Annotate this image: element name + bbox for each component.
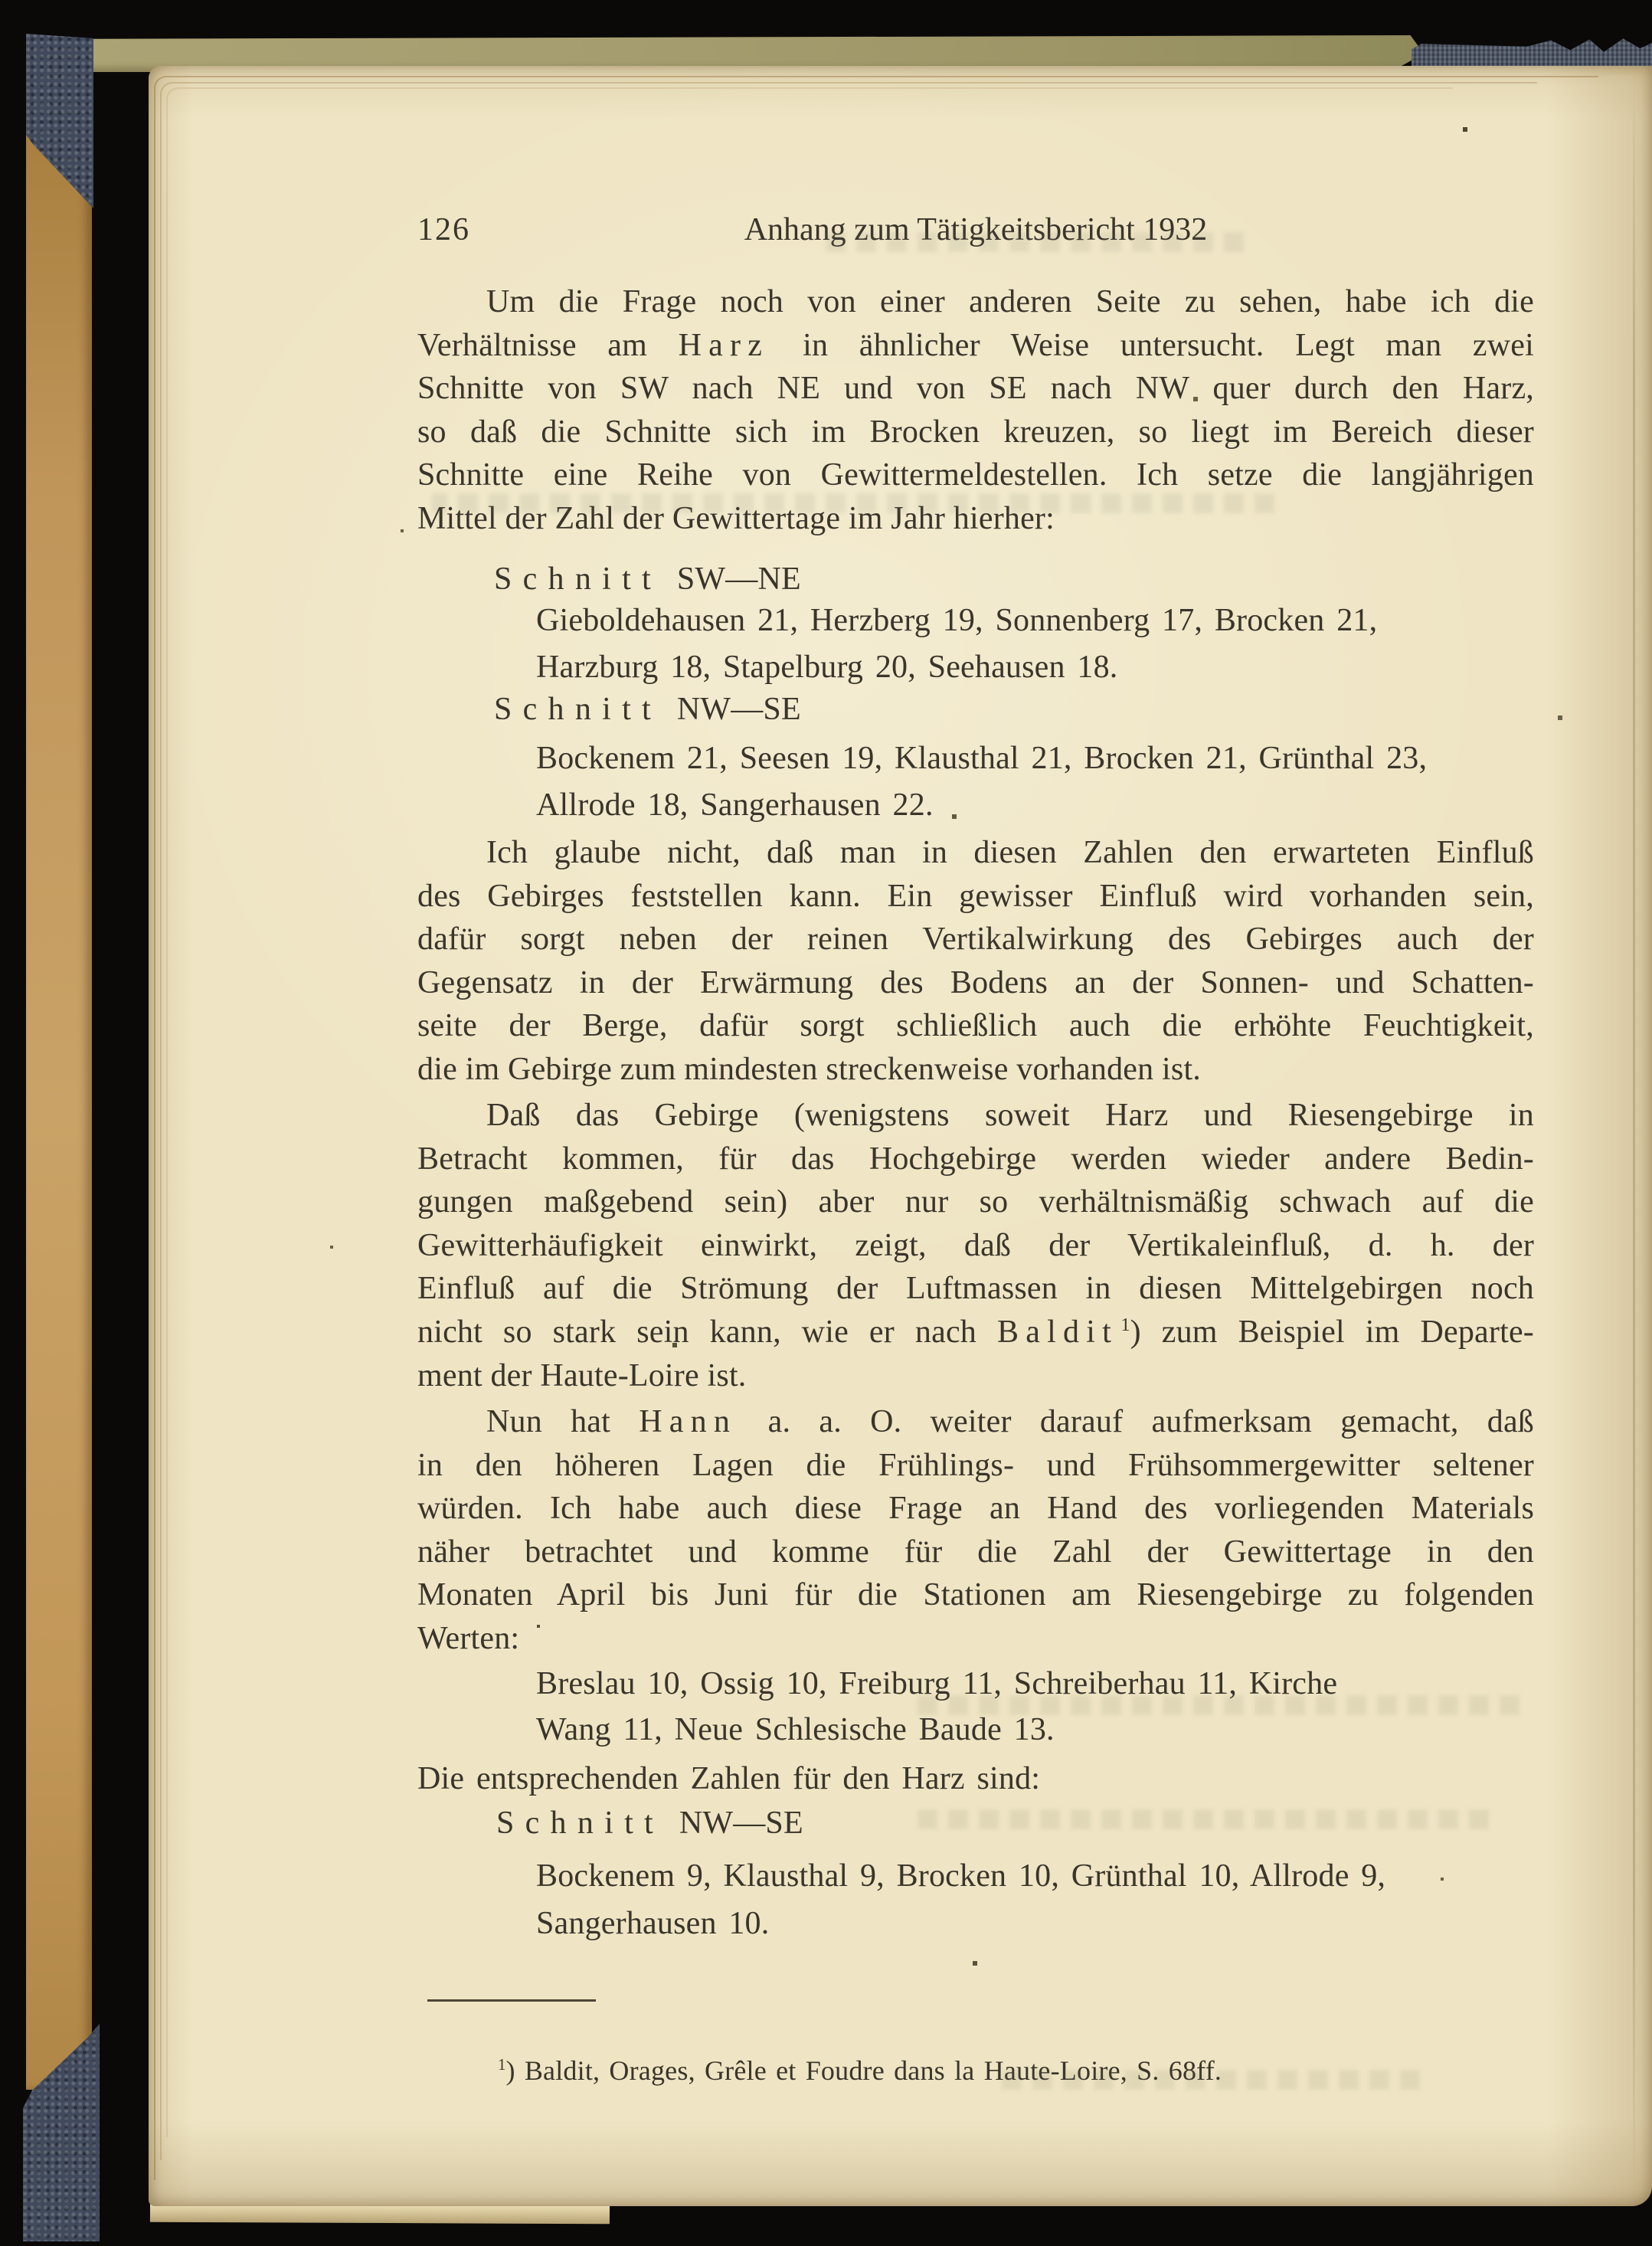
book-page: 126 Anhang zum Tätigkeitsbericht 1932 Um… (149, 66, 1652, 2206)
text-line: Gewitterhäufigkeit einwirkt, zeigt, daß … (417, 1224, 1534, 1268)
text-line: die im Gebirge zum mindesten streckenwei… (417, 1048, 1534, 1092)
text-line: Gieboldehausen 21, Herzberg 19, Sonnenbe… (536, 598, 1539, 644)
ink-bleed-ghost (907, 1809, 1489, 1829)
text-line: in den höheren Lagen die Frühlings- und … (417, 1444, 1534, 1488)
text-line: Breslau 10, Ossig 10, Freiburg 11, Schre… (536, 1661, 1539, 1707)
running-title: Anhang zum Tätigkeitsbericht 1932 (417, 211, 1534, 248)
footnote-marker: 1 (498, 2055, 505, 2074)
text-line: Schnitte eine Reihe von Gewittermeldeste… (417, 453, 1534, 497)
text-line: Bockenem 9, Klausthal 9, Brocken 10, Grü… (536, 1852, 1539, 1900)
text-line: Werten: (417, 1617, 1534, 1661)
text-line: näher betrachtet und komme für die Zahl … (417, 1531, 1534, 1574)
text-line: Betracht kommen, für das Hochgebirge wer… (417, 1138, 1534, 1181)
text-line: dafür sorgt neben der reinen Vertikalwir… (417, 918, 1534, 961)
text-line: Nun hat Hann a. a. O. weiter darauf aufm… (417, 1400, 1534, 1444)
section-heading: Schnitt NW—SE (496, 1805, 803, 1842)
text-line: ment der Haute-Loire ist. (417, 1354, 1534, 1398)
text-line: Monaten April bis Juni für die Stationen… (417, 1573, 1534, 1617)
footnote: 1) Baldit, Orages, Grêle et Foudre dans … (498, 2054, 1222, 2087)
text-line: würden. Ich habe auch diese Frage an Han… (417, 1487, 1534, 1531)
text-line: Einfluß auf die Strömung der Luftmassen … (417, 1267, 1534, 1311)
text-line: Wang 11, Neue Schlesische Baude 13. (536, 1707, 1539, 1753)
section-heading: Schnitt SW—NE (494, 561, 801, 598)
footnote-text: ) Baldit, Orages, Grêle et Foudre dans l… (505, 2055, 1222, 2086)
text-line: Ich glaube nicht, daß man in diesen Zahl… (417, 831, 1534, 875)
text-line: Um die Frage noch von einer anderen Seit… (417, 280, 1534, 324)
text-line: des Gebirges feststellen kann. Ein gewis… (417, 875, 1534, 918)
text-line: Die entsprechenden Zahlen für den Harz s… (417, 1760, 1040, 1797)
text-line: Allrode 18, Sangerhausen 22. (536, 782, 1539, 829)
page-fore-edges-stack (80, 64, 152, 2226)
text-line: Bockenem 21, Seesen 19, Klausthal 21, Br… (536, 735, 1539, 782)
footnote-rule (427, 1999, 596, 2002)
page-crease (1633, 66, 1635, 2206)
scanned-book-photo: 126 Anhang zum Tätigkeitsbericht 1932 Um… (0, 0, 1652, 2246)
text-line: Harzburg 18, Stapelburg 20, Seehausen 18… (536, 644, 1539, 691)
text-line: Verhältnisse am Harz in ähnlicher Weise … (417, 324, 1534, 368)
text-line: Schnitte von SW nach NE und von SE nach … (417, 367, 1534, 411)
text-line: so daß die Schnitte sich im Brocken kreu… (417, 411, 1534, 454)
text-line: nicht so stark sein kann, wie er nach Ba… (417, 1311, 1534, 1354)
text-line: Daß das Gebirge (wenigstens soweit Harz … (417, 1094, 1534, 1138)
paper-specks (0, 0, 2, 2)
text-line: seite der Berge, dafür sorgt schließlich… (417, 1004, 1534, 1048)
section-heading: Schnitt NW—SE (494, 691, 801, 728)
text-line: Mittel der Zahl der Gewittertage im Jahr… (417, 497, 1534, 541)
text-line: Sangerhausen 10. (536, 1900, 1539, 1947)
text-line: Gegensatz in der Erwärmung des Bodens an… (417, 961, 1534, 1005)
text-line: gungen maßgebend sein) aber nur so verhä… (417, 1180, 1534, 1224)
